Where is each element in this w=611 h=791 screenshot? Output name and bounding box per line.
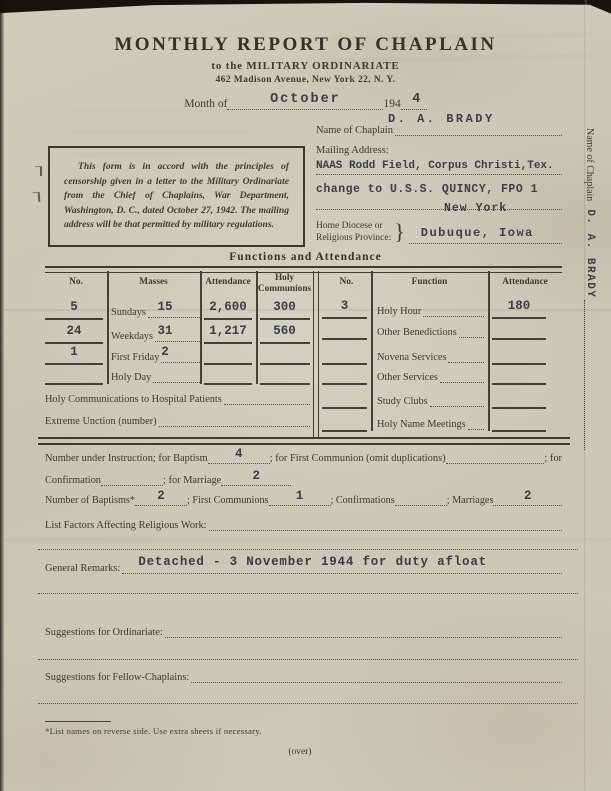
cell-rule (204, 318, 252, 320)
dotted-rule (209, 526, 562, 531)
sacrament-p1: Number of Baptisms* (45, 495, 135, 506)
holy-day-label-row: Holy Day (111, 369, 200, 383)
diocese-field: Home Diocese or Religious Province: } Du… (316, 219, 562, 245)
dotted-rule (395, 131, 562, 136)
first-friday-masses: 2 (137, 345, 193, 359)
holy-hour-attendance: 180 (488, 299, 550, 313)
chaplain-name-field: Name of Chaplain (316, 125, 562, 136)
cell-rule (260, 383, 310, 385)
other-services-label: Other Services (377, 372, 438, 383)
suggestions-fellow-line: Suggestions for Fellow-Chaplains: (45, 665, 562, 683)
diocese-label: Home Diocese or Religious Province: (316, 220, 391, 245)
dotted-rule (584, 300, 588, 450)
footnote-text: *List names on reverse side. Use extra s… (45, 726, 262, 736)
chaplain-name-value: D. A. BRADY (388, 112, 495, 126)
cell-rule (260, 342, 310, 344)
weekdays-masses: 31 (137, 324, 193, 338)
cell-rule (45, 383, 103, 385)
scan-edge-top (0, 0, 611, 16)
month-line: Month of October 194 4 (0, 86, 611, 110)
other-benedictions-label: Other Benedictions (377, 327, 457, 338)
weekdays-no: 24 (45, 324, 103, 338)
continuation-rule (38, 659, 578, 660)
cell-rule (492, 317, 546, 319)
over-label: (over) (0, 747, 600, 757)
scan-edge-left (0, 0, 4, 791)
baptisms-value: 2 (157, 489, 165, 503)
cell-rule (322, 317, 367, 319)
form-title: MONTHLY REPORT OF CHAPLAIN (0, 34, 611, 56)
column-rule (107, 271, 109, 384)
suggestions-ordinariate-label: Suggestions for Ordinariate: (45, 627, 163, 638)
confirmations-field (395, 491, 447, 506)
suggestions-fellow-label: Suggestions for Fellow-Chaplains: (45, 672, 189, 683)
month-label: Month of (184, 98, 227, 110)
cell-rule (204, 363, 252, 365)
study-clubs-label: Study Clubs (377, 396, 428, 407)
marriages-value: 2 (524, 489, 532, 503)
col-header-no: No. (45, 277, 107, 287)
chaplain-info-block: D. A. BRADY Name of Chaplain Mailing Add… (316, 112, 562, 245)
cell-rule (322, 430, 367, 432)
cell-rule (492, 363, 546, 365)
censorship-notice-text: This form is in accord with the principl… (64, 160, 289, 233)
cell-rule (45, 318, 103, 320)
dotted-rule (165, 633, 562, 638)
novena-services-label-row: Novena Services (377, 349, 484, 363)
censorship-notice-box: This form is in accord with the principl… (48, 146, 305, 247)
first-friday-no: 1 (45, 345, 103, 359)
col-header-attendance: Attendance (488, 277, 562, 287)
dotted-rule (191, 678, 562, 683)
holy-hour-no: 3 (322, 299, 367, 313)
col-header-communions: Holy Communions (256, 273, 313, 294)
year-field: 4 (401, 95, 427, 110)
sundays-attendance: 2,600 (200, 300, 256, 314)
sundays-communions: 300 (256, 300, 313, 314)
extreme-unction-row: Extreme Unction (number) (45, 411, 310, 427)
month-typed-value: October (270, 92, 341, 107)
year-typed-value: 4 (412, 92, 420, 107)
first-communion-instruction-field (446, 449, 545, 464)
general-remarks-value: Detached - 3 November 1944 for duty aflo… (138, 555, 487, 569)
sacrament-p4: ; Marriages (447, 495, 494, 506)
stray-ink-mark (35, 166, 42, 176)
cell-rule (492, 430, 546, 432)
dotted-rule (440, 378, 484, 383)
continuation-rule (38, 549, 578, 550)
masses-table: No. Masses Attendance Holy Communions 5 … (45, 271, 313, 448)
cell-rule (492, 407, 546, 409)
diocese-value: Dubuque, Iowa (421, 226, 534, 240)
dotted-rule (448, 358, 484, 363)
section-title: Functions and Attendance (0, 251, 611, 263)
dotted-rule (423, 312, 484, 317)
general-remarks-label: General Remarks: (45, 563, 120, 574)
holy-day-label: Holy Day (111, 372, 151, 383)
suggestions-ordinariate-line: Suggestions for Ordinariate: (45, 620, 562, 638)
cell-rule (260, 318, 310, 320)
sacrament-p3: ; Confirmations (331, 495, 395, 506)
holy-hour-label: Holy Hour (377, 306, 421, 317)
dotted-rule (224, 400, 310, 405)
col-header-attendance: Attendance (200, 277, 256, 287)
factors-line: List Factors Affecting Religious Work: (45, 513, 562, 531)
form-subtitle: to the MILITARY ORDINARIATE (0, 60, 611, 72)
weekdays-attendance: 1,217 (200, 324, 256, 338)
cell-rule (322, 363, 367, 365)
horizontal-fold-line-2 (0, 538, 611, 544)
margin-vertical-note: Name of Chaplain D. A. BRADY (584, 128, 597, 450)
month-field: October (227, 95, 383, 110)
mailing-address-line3: New York (444, 202, 507, 215)
column-rule (488, 271, 490, 431)
mailing-address-line3-rule: New York (316, 199, 562, 210)
cell-rule (204, 342, 252, 344)
instruction-p5: ; for Marriage (163, 475, 221, 486)
continuation-rule (38, 593, 578, 594)
ordinariate-address: 462 Madison Avenue, New York 22, N. Y. (0, 75, 611, 85)
mailing-address-label: Mailing Address: (316, 145, 562, 156)
instruction-p3: ; for (544, 453, 562, 464)
diocese-label-line1: Home Diocese or (316, 220, 391, 232)
other-benedictions-label-row: Other Benedictions (377, 324, 484, 338)
col-header-no: No. (322, 277, 371, 287)
sacrament-p2: ; First Communions (187, 495, 269, 506)
holy-name-meetings-label-row: Holy Name Meetings (377, 416, 484, 430)
sundays-no: 5 (45, 300, 103, 314)
mailing-address-line2: change to U.S.S. QUINCY, FPO 1 (316, 183, 562, 196)
factors-label: List Factors Affecting Religious Work: (45, 520, 207, 531)
study-clubs-label-row: Study Clubs (377, 393, 484, 407)
instruction-p1: Number under Instruction; for Baptism (45, 453, 208, 464)
dotted-rule (468, 425, 484, 430)
cell-rule (45, 342, 103, 344)
baptisms-field: 2 (135, 491, 187, 506)
stray-ink-mark (33, 192, 41, 202)
sundays-masses: 15 (137, 300, 193, 314)
diocese-label-line2: Religious Province: (316, 232, 391, 244)
diocese-value-rule: Dubuque, Iowa (409, 221, 562, 244)
weekdays-communions: 560 (256, 324, 313, 338)
chaplain-name-row: D. A. BRADY (316, 112, 562, 125)
hospital-communions-row: Holy Communications to Hospital Patients (45, 389, 310, 405)
cell-rule (204, 383, 252, 385)
margin-name-label: Name of Chaplain (584, 128, 595, 201)
holy-hour-label-row: Holy Hour (377, 303, 484, 317)
confirmation-instruction-field (101, 471, 163, 486)
chaplain-name-label: Name of Chaplain (316, 125, 393, 136)
holy-name-meetings-label: Holy Name Meetings (377, 419, 466, 430)
first-communions-field: 1 (269, 491, 331, 506)
col-header-masses: Masses (107, 277, 200, 287)
col-header-function: Function (371, 277, 488, 287)
col-header-communions-line1: Holy (256, 273, 313, 284)
brace-glyph: } (394, 219, 405, 245)
mailing-address-line1: NAAS Rodd Field, Corpus Christi,Tex. (316, 160, 562, 172)
footnote-rule (45, 721, 111, 722)
novena-services-label: Novena Services (377, 352, 446, 363)
column-rule (371, 271, 373, 431)
marriage-instruction-value: 2 (253, 469, 261, 483)
cell-rule (492, 338, 546, 340)
general-remarks-field: Detached - 3 November 1944 for duty aflo… (122, 553, 562, 574)
cell-rule (492, 383, 546, 385)
cell-rule (260, 363, 310, 365)
cell-rule (322, 338, 367, 340)
baptism-instruction-field: 4 (208, 449, 270, 464)
year-printed: 194 (383, 98, 400, 110)
functions-table: No. Function Attendance 3 Holy Hour 180 … (318, 271, 562, 437)
general-remarks-line: General Remarks: Detached - 3 November 1… (45, 556, 562, 574)
dotted-rule (159, 422, 310, 427)
marriage-instruction-field: 2 (221, 471, 291, 486)
dotted-rule (459, 333, 484, 338)
cell-rule (322, 383, 367, 385)
instruction-p2: ; for First Communion (omit duplications… (270, 453, 446, 464)
continuation-rule (38, 703, 578, 704)
instruction-line-1: Number under Instruction; for Baptism 4 … (45, 446, 562, 464)
dotted-rule (316, 172, 562, 175)
hospital-communions-label: Holy Communications to Hospital Patients (45, 394, 222, 405)
sacrament-line: Number of Baptisms* 2 ; First Communions… (45, 488, 562, 506)
instruction-p4: Confirmation (45, 475, 101, 486)
first-communions-value: 1 (296, 489, 304, 503)
other-services-label-row: Other Services (377, 369, 484, 383)
extreme-unction-label: Extreme Unction (number) (45, 416, 157, 427)
baptism-instruction-value: 4 (235, 447, 243, 461)
cell-rule (45, 363, 103, 365)
marriages-field: 2 (493, 491, 562, 506)
col-header-communions-line2: Communions (256, 284, 313, 295)
dotted-rule (153, 378, 200, 383)
scanned-form-page: MONTHLY REPORT OF CHAPLAIN to the MILITA… (0, 0, 611, 791)
instruction-line-2: Confirmation ; for Marriage 2 (45, 468, 562, 486)
dotted-rule (430, 402, 484, 407)
cell-rule (322, 407, 367, 409)
